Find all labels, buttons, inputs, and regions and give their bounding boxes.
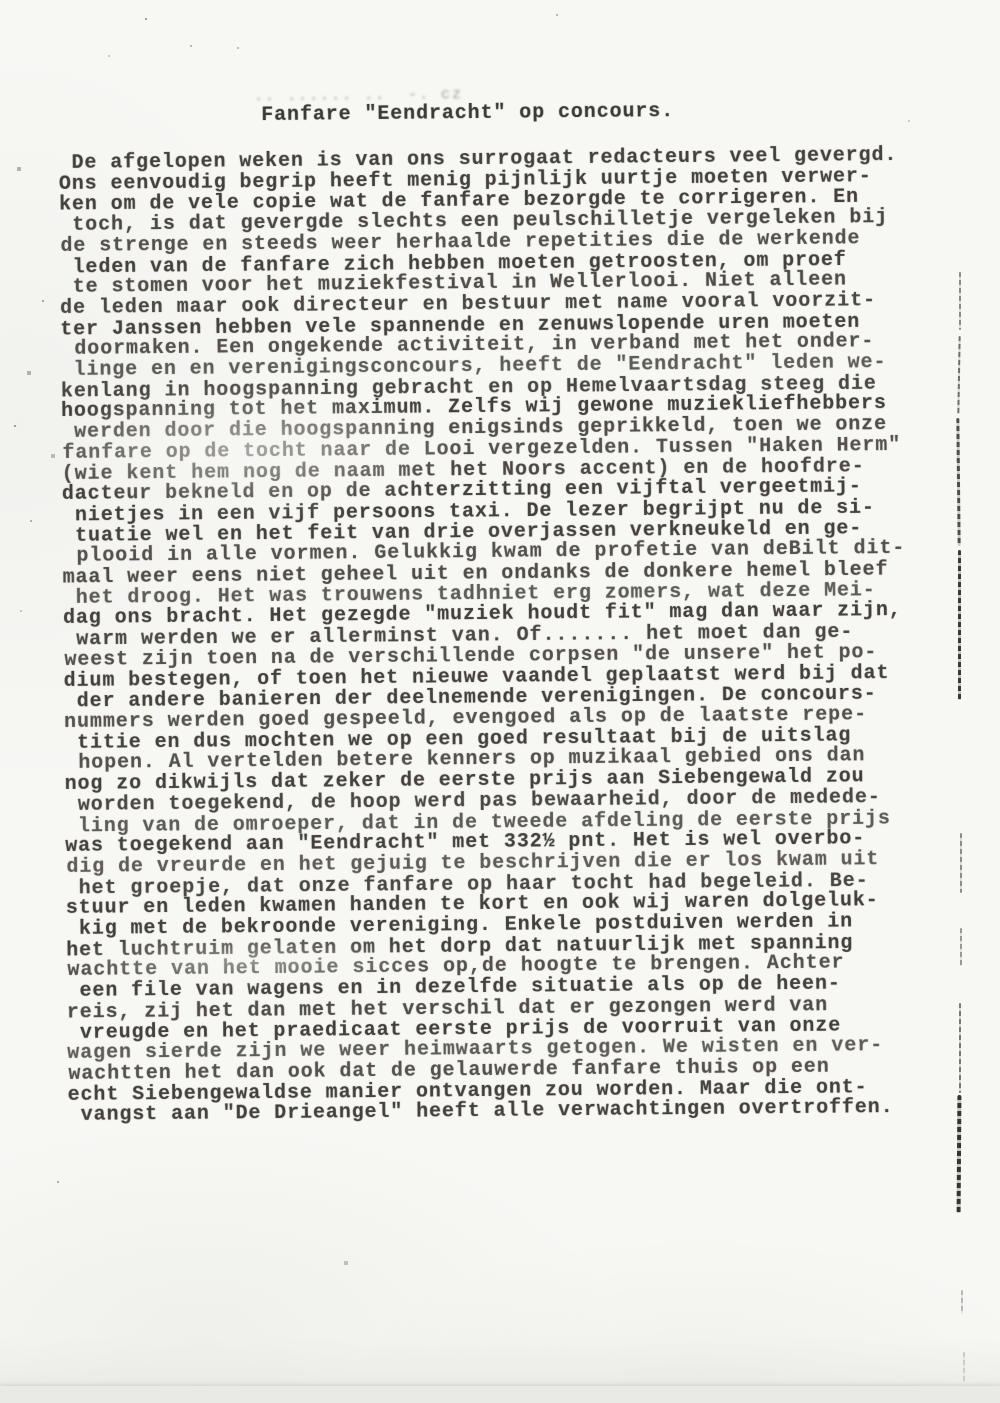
bottom-scan-edge [0, 1386, 1000, 1403]
scan-streak-artifact [961, 1290, 963, 1314]
scan-streak-artifact [957, 1095, 962, 1213]
scan-streak-artifact [960, 928, 962, 966]
dust-specks [0, 0, 2, 2]
scan-streak-artifact [959, 272, 961, 330]
scanned-typewritten-page: .. ...... .. -. cz Fanfare "Eendracht" o… [0, 0, 1000, 1403]
scan-streak-artifact [958, 550, 961, 700]
text-line: vangst aan "De Drieangel" heeft alle ver… [68, 1098, 968, 1127]
scan-streak-artifact [959, 1003, 961, 1093]
scan-streak-artifact [960, 833, 962, 893]
document-body: De afgelopen weken is van ons surrogaat … [59, 145, 968, 1127]
bottom-scan-shading [0, 1336, 1000, 1388]
page-sheet: .. ...... .. -. cz Fanfare "Eendracht" o… [58, 81, 968, 1127]
